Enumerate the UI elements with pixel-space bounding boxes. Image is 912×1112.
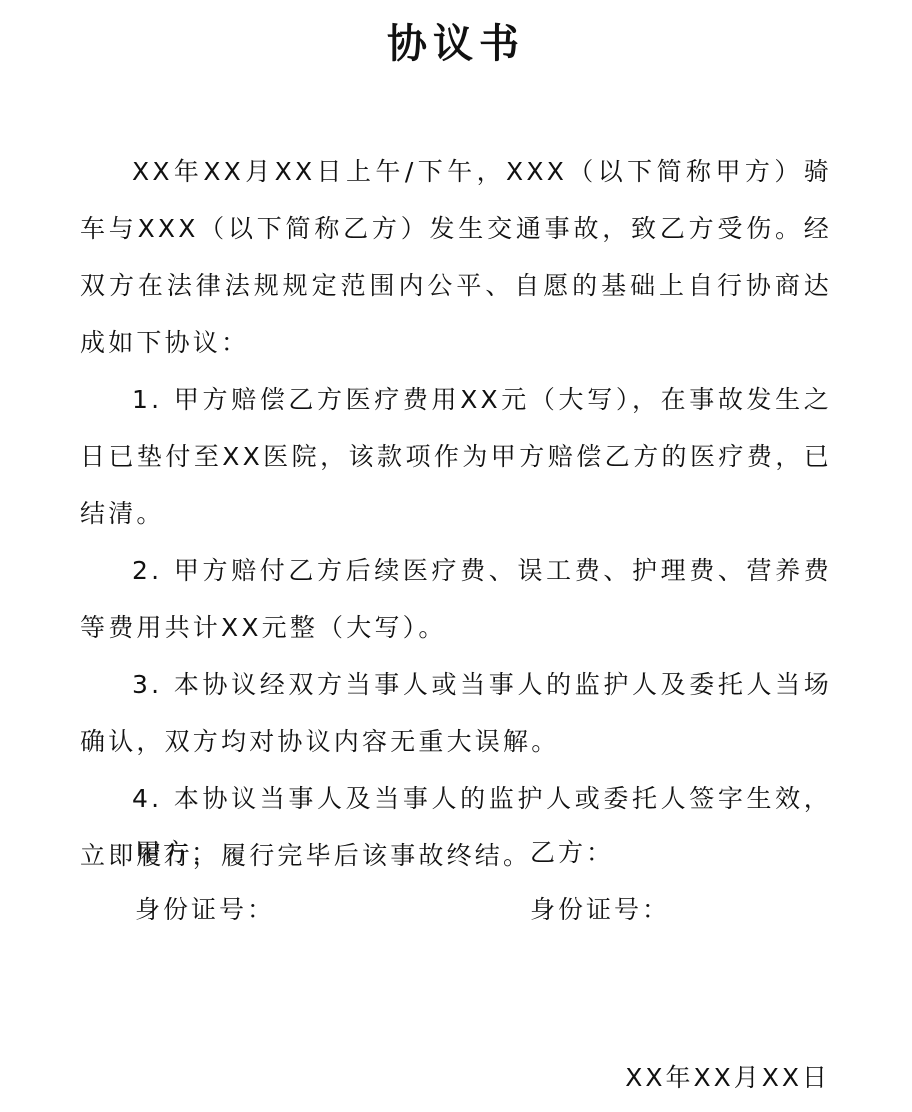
party-a-label: 甲方： (135, 838, 219, 868)
document-title: 协议书 (0, 16, 912, 72)
document-body: XX年XX月XX日上午/下午，XXX（以下简称甲方）骑车与XXX（以下简称乙方）… (80, 143, 832, 884)
party-b-id-label: 身份证号： (530, 895, 670, 925)
clause-3: 3. 本协议经双方当事人或当事人的监护人及委托人当场确认，双方均对协议内容无重大… (80, 656, 832, 770)
intro-paragraph: XX年XX月XX日上午/下午，XXX（以下简称甲方）骑车与XXX（以下简称乙方）… (80, 143, 832, 371)
clause-2: 2. 甲方赔付乙方后续医疗费、误工费、护理费、营养费等费用共计XX元整（大写）。 (80, 542, 832, 656)
clause-1: 1. 甲方赔偿乙方医疗费用XX元（大写），在事故发生之日已垫付至XX医院，该款项… (80, 371, 832, 542)
party-a-id-label: 身份证号： (135, 895, 275, 925)
party-b-label: 乙方： (530, 838, 614, 868)
signing-date: XX年XX月XX日 (625, 1063, 830, 1093)
